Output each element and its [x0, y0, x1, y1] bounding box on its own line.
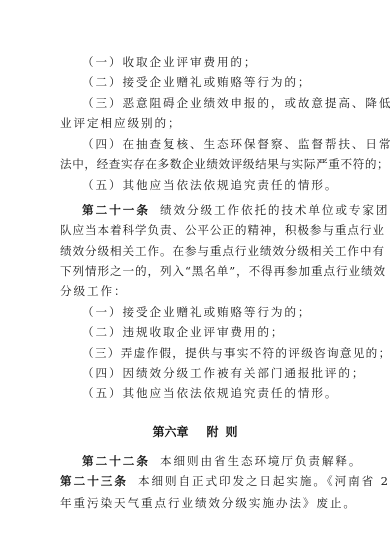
- chapter-heading: 第六章附则: [0, 425, 390, 439]
- chapter-title-b: 则: [226, 425, 238, 439]
- art20-item-2: （二）接受企业赠礼或贿赂等行为的；: [82, 75, 332, 89]
- chapter-number: 第六章: [152, 425, 188, 439]
- art23-continuation: 年重污染天气重点行业绩效分级实施办法》废止。: [60, 496, 332, 510]
- item-label: （四）: [82, 366, 122, 380]
- item-label: （三）: [82, 96, 122, 110]
- item-text: 接受企业赠礼或贿赂等行为的；: [122, 305, 311, 319]
- item-text: 因绩效分级工作被有关部门通报批评的；: [122, 366, 365, 380]
- item-text: 恶意阻碍企业绩效申报的，或故意提高、降低企: [122, 96, 390, 110]
- item-text: 收取企业评审费用的；: [122, 55, 257, 69]
- article-text: 绩效分级工作依托的技术单位或专家团: [160, 203, 389, 217]
- item-text: 弄虚作假，提供与事实不符的评级咨询意见的；: [121, 346, 390, 360]
- item-text: 其他应当依法依规追究责任的情形。: [122, 178, 338, 192]
- art21-item-3: （三）弄虚作假，提供与事实不符的评级咨询意见的；: [82, 346, 332, 360]
- chapter-title-a: 附: [206, 425, 218, 439]
- art21-item-1: （一）接受企业赠礼或贿赂等行为的；: [82, 305, 332, 319]
- item-label: （三）: [82, 346, 121, 360]
- art21-line-5: 分级工作：: [60, 284, 332, 298]
- art23: 第二十三条本细则自正式印发之日起实施。《河南省 2020: [60, 474, 332, 488]
- article-text: 本细则自正式印发之日起实施。《河南省 2020: [138, 474, 390, 488]
- art21-line-4: 下列情形之一的，列入“黑名单”，不得再参加重点行业绩效: [60, 264, 332, 278]
- article-text: 本细则由省生态环境厅负责解释。: [160, 454, 362, 468]
- art21-line-3: 绩效分级相关工作。在参与重点行业绩效分级相关工作中有: [60, 244, 332, 258]
- art22: 第二十二条本细则由省生态环境厅负责解释。: [82, 454, 332, 468]
- art21-item-5: （五）其他应当依法依规追究责任的情形。: [82, 386, 332, 400]
- art20-item-1: （一）收取企业评审费用的；: [82, 55, 332, 69]
- item-text: 其他应当依法依规追究责任的情形。: [122, 386, 338, 400]
- art20-item-4: （四）在抽查复核、生态环保督察、监督帮扶、日常执: [82, 137, 332, 151]
- article-number: 第二十三条: [60, 474, 128, 488]
- item-label: （四）: [82, 137, 122, 151]
- article-number: 第二十一条: [82, 203, 150, 217]
- art20-item-3: （三）恶意阻碍企业绩效申报的，或故意提高、降低企: [82, 96, 332, 110]
- item-label: （二）: [82, 75, 122, 89]
- art21-line-2: 队应当本着科学负责、公平公正的精神，积极参与重点行业: [60, 223, 332, 237]
- art21-item-2: （二）违规收取企业评审费用的；: [82, 325, 332, 339]
- item-label: （五）: [82, 386, 122, 400]
- item-label: （五）: [82, 178, 122, 192]
- art21-item-4: （四）因绩效分级工作被有关部门通报批评的；: [82, 366, 332, 380]
- item-label: （二）: [82, 325, 122, 339]
- art20-item-4-continuation: 法中，经查实存在多数企业绩效评级结果与实际严重不符的；: [60, 157, 332, 171]
- item-text: 在抽查复核、生态环保督察、监督帮扶、日常执: [122, 137, 390, 151]
- art21-first-line: 第二十一条绩效分级工作依托的技术单位或专家团: [82, 203, 332, 217]
- item-text: 接受企业赠礼或贿赂等行为的；: [122, 75, 311, 89]
- art20-item-3-continuation: 业评定相应级别的；: [60, 116, 332, 130]
- item-label: （一）: [82, 55, 122, 69]
- article-number: 第二十二条: [82, 454, 150, 468]
- art20-item-5: （五）其他应当依法依规追究责任的情形。: [82, 178, 332, 192]
- document-page: （一）收取企业评审费用的； （二）接受企业赠礼或贿赂等行为的； （三）恶意阻碍企…: [0, 0, 390, 551]
- item-text: 违规收取企业评审费用的；: [122, 325, 284, 339]
- item-label: （一）: [82, 305, 122, 319]
